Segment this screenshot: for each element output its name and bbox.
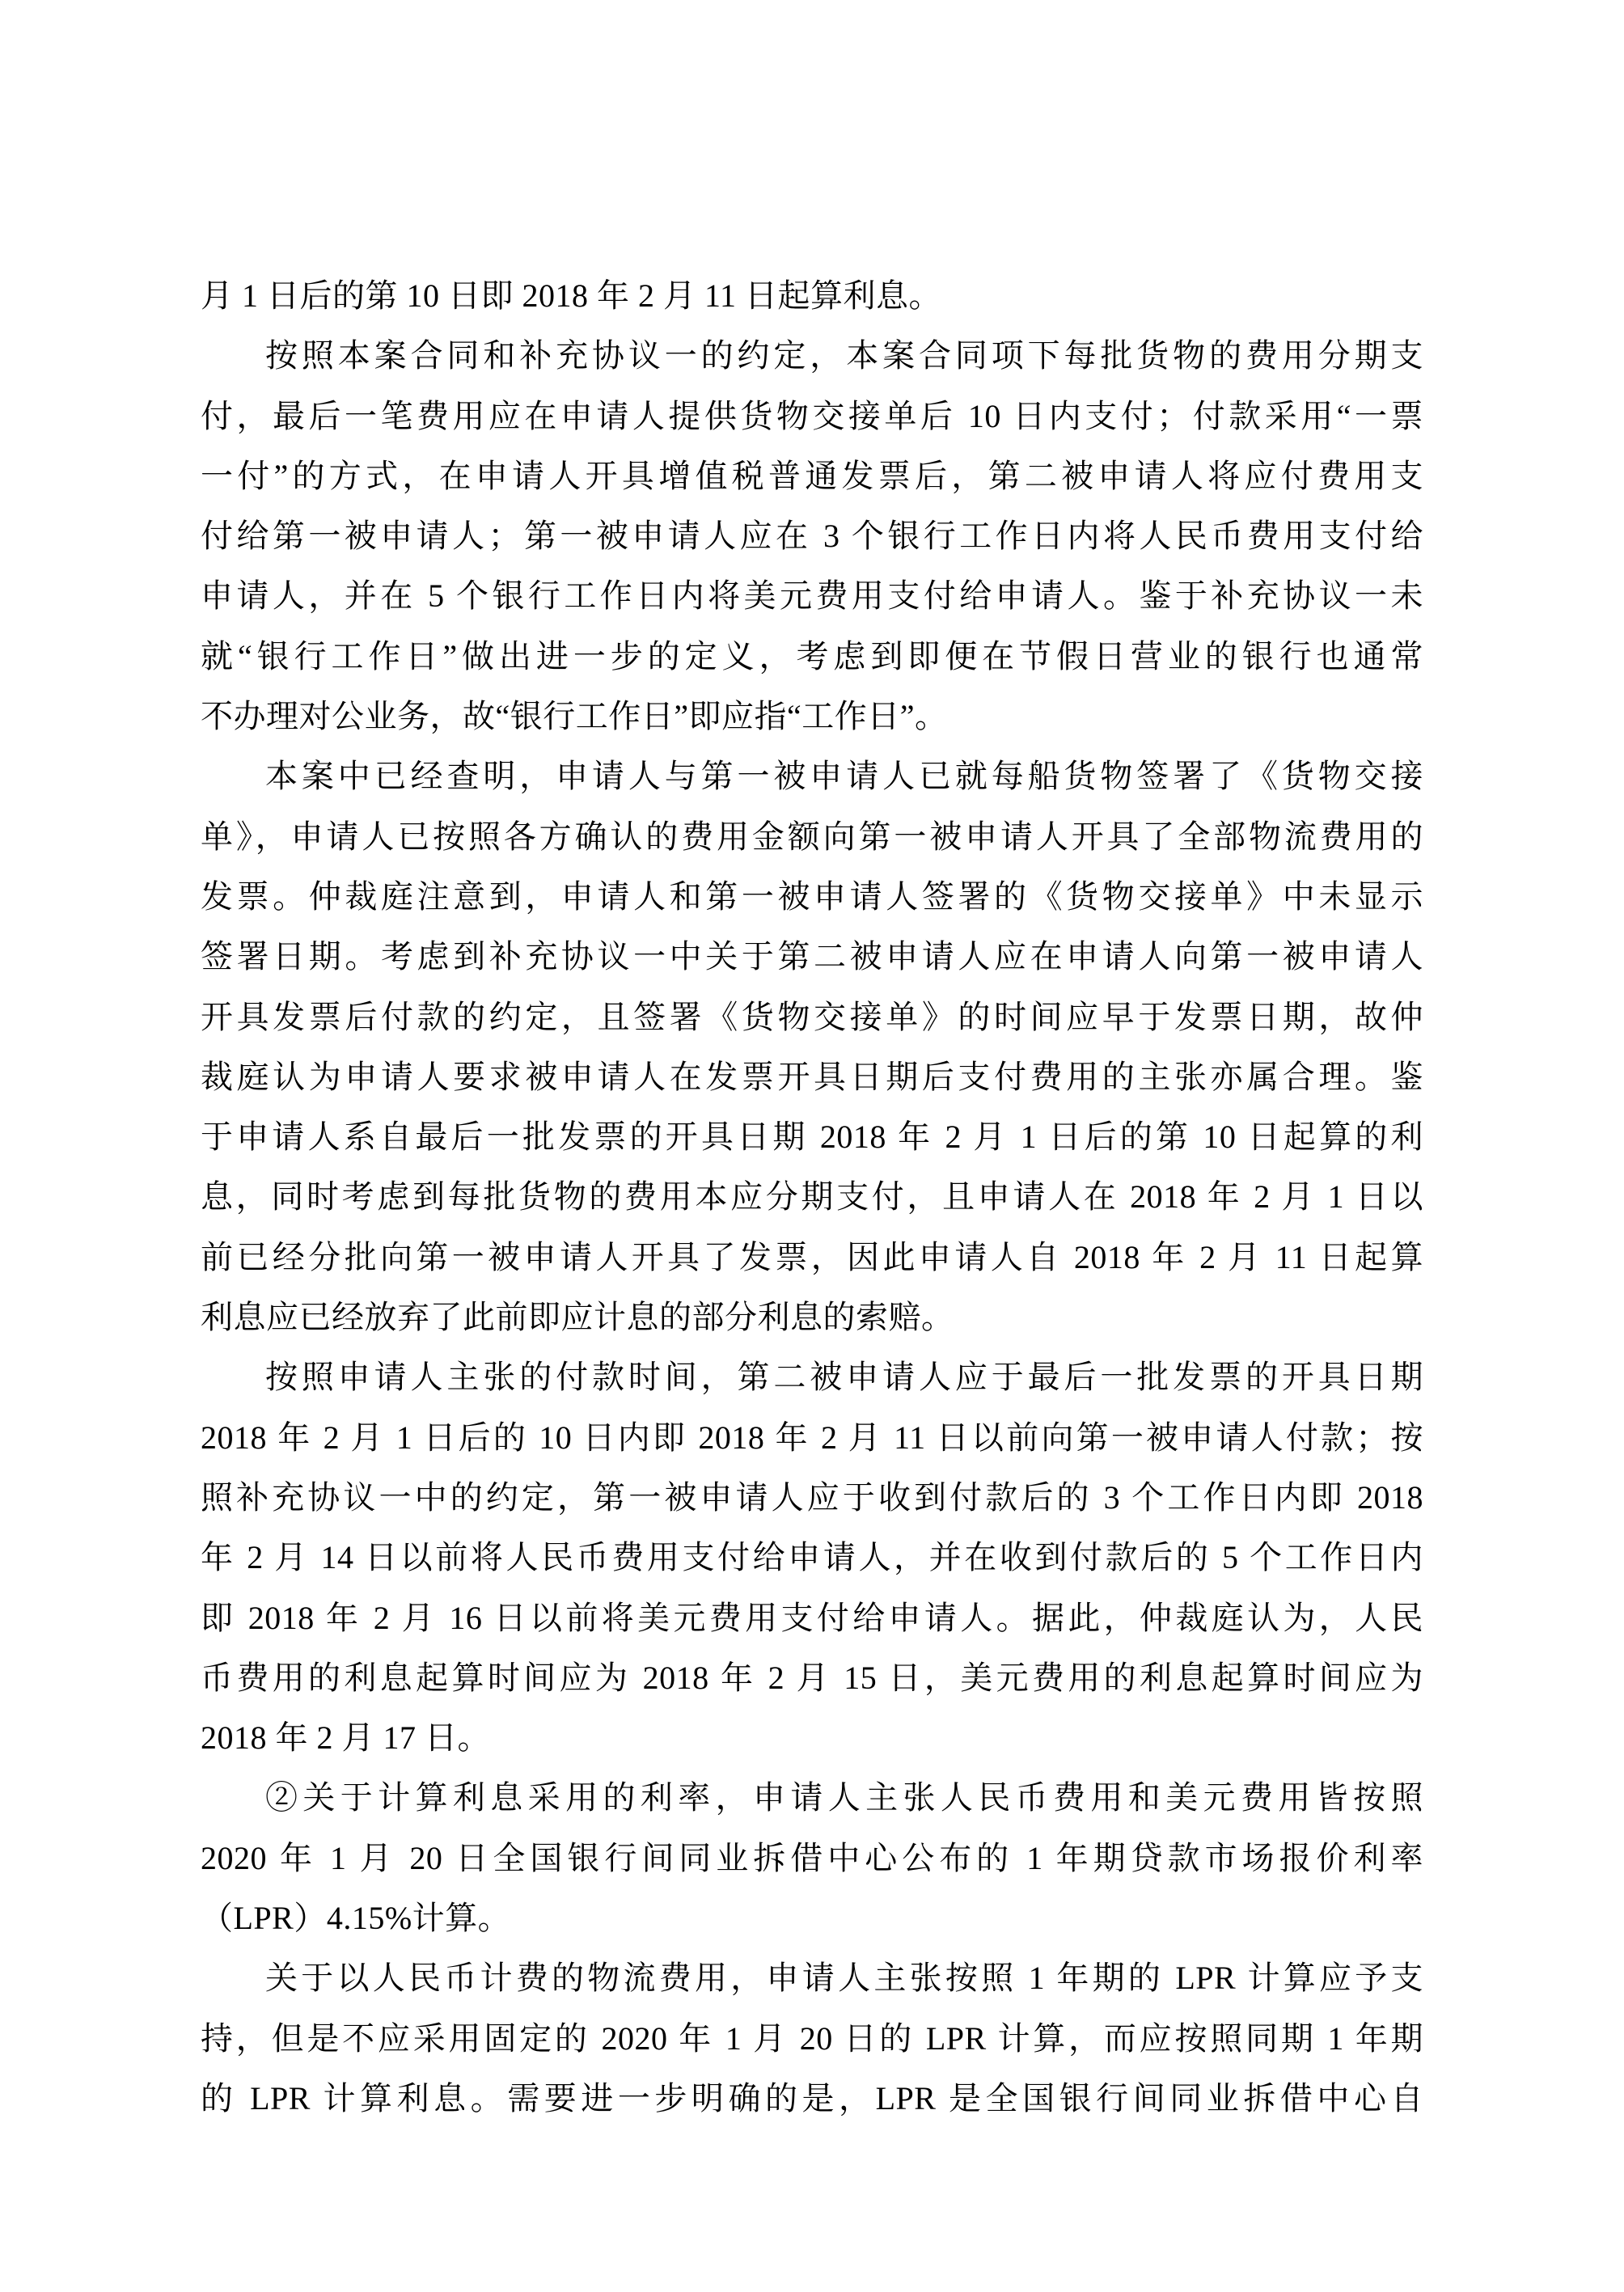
text-line: 利息应已经放弃了此前即应计息的部分利息的索赔。	[201, 1288, 1423, 1347]
text-line: 就“银行工作日”做出进一步的定义，考虑到即便在节假日营业的银行也通常	[201, 627, 1423, 687]
text-line: 一付”的方式，在申请人开具增值税普通发票后，第二被申请人将应付费用支	[201, 446, 1423, 506]
text-line: 本案中已经查明，申请人与第一被申请人已就每船货物签署了《货物交接	[201, 746, 1423, 806]
text-line: 于申请人系自最后一批发票的开具日期 2018 年 2 月 1 日后的第 10 日…	[201, 1107, 1423, 1167]
text-line: 年 2 月 14 日以前将人民币费用支付给申请人，并在收到付款后的 5 个工作日…	[201, 1528, 1423, 1588]
document-text: 月 1 日后的第 10 日即 2018 年 2 月 11 日起算利息。按照本案合…	[201, 266, 1423, 2129]
text-line: （LPR）4.15%计算。	[201, 1888, 1423, 1948]
text-line: 月 1 日后的第 10 日即 2018 年 2 月 11 日起算利息。	[201, 266, 1423, 326]
text-line: 发票。仲裁庭注意到，申请人和第一被申请人签署的《货物交接单》中未显示	[201, 867, 1423, 927]
text-line: 付，最后一笔费用应在申请人提供货物交接单后 10 日内支付；付款采用“一票	[201, 387, 1423, 446]
text-line: 照补充协议一中的约定，第一被申请人应于收到付款后的 3 个工作日内即 2018	[201, 1468, 1423, 1528]
text-line: 单》，申请人已按照各方确认的费用金额向第一被申请人开具了全部物流费用的	[201, 807, 1423, 867]
text-line: 签署日期。考虑到补充协议一中关于第二被申请人应在申请人向第一被申请人	[201, 927, 1423, 987]
text-line: 开具发票后付款的约定，且签署《货物交接单》的时间应早于发票日期，故仲	[201, 987, 1423, 1047]
text-line: 2020 年 1 月 20 日全国银行间同业拆借中心公布的 1 年期贷款市场报价…	[201, 1829, 1423, 1888]
document-page: 月 1 日后的第 10 日即 2018 年 2 月 11 日起算利息。按照本案合…	[0, 0, 1624, 2292]
text-line: 申请人，并在 5 个银行工作日内将美元费用支付给申请人。鉴于补充协议一未	[201, 566, 1423, 626]
text-line: 按照申请人主张的付款时间，第二被申请人应于最后一批发票的开具日期	[201, 1347, 1423, 1407]
text-line: 不办理对公业务，故“银行工作日”即应指“工作日”。	[201, 687, 1423, 746]
text-line: 关于以人民币计费的物流费用，申请人主张按照 1 年期的 LPR 计算应予支	[201, 1948, 1423, 2008]
text-line: 裁庭认为申请人要求被申请人在发票开具日期后支付费用的主张亦属合理。鉴	[201, 1047, 1423, 1107]
text-line: 币费用的利息起算时间应为 2018 年 2 月 15 日，美元费用的利息起算时间…	[201, 1648, 1423, 1708]
text-line: 付给第一被申请人；第一被申请人应在 3 个银行工作日内将人民币费用支付给	[201, 506, 1423, 566]
text-line: ②关于计算利息采用的利率，申请人主张人民币费用和美元费用皆按照	[201, 1768, 1423, 1828]
text-line: 按照本案合同和补充协议一的约定，本案合同项下每批货物的费用分期支	[201, 326, 1423, 386]
text-line: 息，同时考虑到每批货物的费用本应分期支付，且申请人在 2018 年 2 月 1 …	[201, 1167, 1423, 1227]
text-line: 持，但是不应采用固定的 2020 年 1 月 20 日的 LPR 计算，而应按照…	[201, 2009, 1423, 2069]
text-line: 的 LPR 计算利息。需要进一步明确的是，LPR 是全国银行间同业拆借中心自	[201, 2069, 1423, 2129]
text-line: 2018 年 2 月 17 日。	[201, 1708, 1423, 1768]
text-line: 前已经分批向第一被申请人开具了发票，因此申请人自 2018 年 2 月 11 日…	[201, 1228, 1423, 1288]
text-line: 2018 年 2 月 1 日后的 10 日内即 2018 年 2 月 11 日以…	[201, 1408, 1423, 1468]
text-line: 即 2018 年 2 月 16 日以前将美元费用支付给申请人。据此，仲裁庭认为，…	[201, 1588, 1423, 1648]
